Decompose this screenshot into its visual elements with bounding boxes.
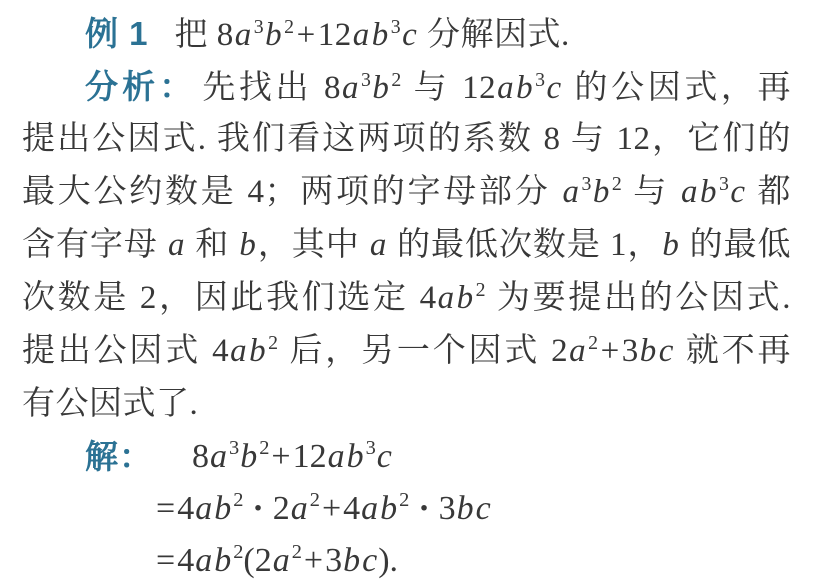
text-run: 与: [402, 70, 462, 106]
text-run: 后，另一个因式: [278, 333, 551, 369]
math-run: 2: [140, 280, 157, 316]
analysis-line: 次数是 2，因此我们选定 4ab2 为要提出的公因式.: [22, 272, 791, 325]
math-run: ab3c: [680, 174, 747, 210]
analysis-line: 含有字母 a 和 b，其中 a 的最低次数是 1，b 的最低: [22, 219, 791, 272]
analysis-line: 提出公因式. 我们看这两项的系数 8 与 12，它们的: [22, 113, 791, 166]
analysis-line: 分析：先找出 8a3b2 与 12ab3c 的公因式，再: [22, 60, 791, 113]
math-run: 8a3b2: [324, 70, 402, 106]
text-run: 为要提出的公因式.: [486, 280, 791, 316]
solution-step: =4ab2·2a2+4ab2·3bc: [154, 483, 791, 535]
text-run: 最大公约数是: [22, 174, 247, 210]
text-run: 先找出: [202, 70, 324, 106]
example-content: 把 8a3b2+12ab3c 分解因式.: [175, 17, 570, 53]
solution-steps: 8a3b2+12ab3c=4ab2·2a2+4ab2·3bc=4ab2(2a2+…: [154, 431, 791, 579]
math-run: 8: [544, 121, 561, 157]
text-run: 次数是: [22, 280, 140, 316]
text-run: ，: [627, 227, 661, 263]
math-run: =4ab2(2a2+3bc).: [154, 542, 398, 579]
math-run: b: [238, 227, 257, 263]
analysis-label: 分析：: [85, 68, 196, 105]
math-run: 4ab2: [212, 333, 278, 369]
math-run: 1: [610, 227, 627, 263]
text-run: ；两项的字母部分: [264, 174, 561, 210]
math-run: a: [167, 227, 186, 263]
math-run: 4: [247, 174, 264, 210]
math-run: b: [661, 227, 680, 263]
math-run: a: [369, 227, 388, 263]
document-page: 例 1把 8a3b2+12ab3c 分解因式. 分析：先找出 8a3b2 与 1…: [0, 0, 815, 579]
solution-step: =4ab2(2a2+3bc).: [154, 535, 791, 579]
text-run: 含有字母: [22, 227, 167, 263]
math-run: 8a3b2+12ab3c: [217, 17, 418, 53]
text-run: 有公因式了.: [22, 386, 198, 422]
text-run: 提出公因式: [22, 333, 212, 369]
math-run: 12: [616, 121, 650, 157]
text-run: 提出公因式. 我们看这两项的系数: [22, 121, 544, 157]
text-run: 和: [186, 227, 238, 263]
math-run: 4ab2: [420, 280, 486, 316]
text-run: 把: [175, 17, 217, 53]
text-run: 就不再: [675, 333, 791, 369]
math-run: 2a2+3bc: [551, 333, 675, 369]
text-run: 的最低: [680, 227, 791, 263]
text-run: 与: [561, 121, 617, 157]
text-run: 分解因式.: [418, 17, 570, 53]
math-run: =4ab2·2a2+4ab2·3bc: [154, 490, 492, 527]
text-run: 都: [747, 174, 791, 210]
solution-label: 解：: [85, 431, 153, 483]
analysis-line: 有公因式了.: [22, 378, 791, 431]
text-run: 的公因式，再: [563, 70, 791, 106]
example-line: 例 1把 8a3b2+12ab3c 分解因式.: [22, 7, 791, 60]
text-run: ，它们的: [650, 121, 791, 157]
math-run: 12ab3c: [462, 70, 563, 106]
text-run: 的最低次数是: [388, 227, 610, 263]
analysis-paragraph: 分析：先找出 8a3b2 与 12ab3c 的公因式，再提出公因式. 我们看这两…: [22, 60, 791, 431]
solution-step: 8a3b2+12ab3c: [154, 431, 791, 483]
example-label: 例 1: [85, 15, 149, 52]
math-run: a3b2: [561, 174, 622, 210]
text-run: ，因此我们选定: [157, 280, 420, 316]
analysis-line: 提出公因式 4ab2 后，另一个因式 2a2+3bc 就不再: [22, 325, 791, 378]
text-run: 与: [622, 174, 680, 210]
math-run: 8a3b2+12ab3c: [192, 438, 393, 475]
solution-block: 解： 8a3b2+12ab3c=4ab2·2a2+4ab2·3bc=4ab2(2…: [22, 431, 791, 579]
analysis-line: 最大公约数是 4；两项的字母部分 a3b2 与 ab3c 都: [22, 166, 791, 219]
text-run: ，其中: [257, 227, 369, 263]
